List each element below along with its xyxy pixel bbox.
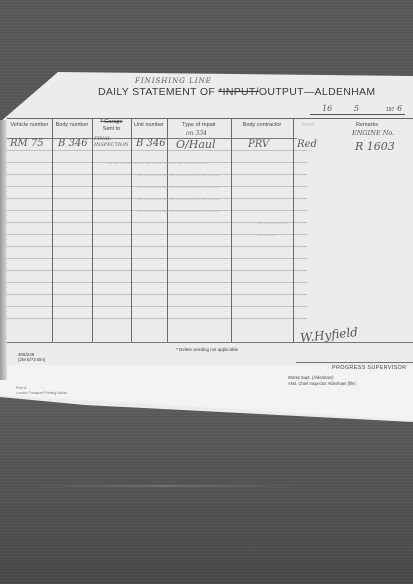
printer-note: Print & London Transport Printing Works — [16, 386, 67, 395]
header-garage-struck: * Garage — [92, 119, 131, 126]
entry-unit-number: B 346 — [136, 138, 166, 149]
entries-table: Vehicle number Body number * Garage Sent… — [7, 118, 413, 343]
title-suffix: OUTPUT—ALDENHAM — [259, 86, 376, 98]
header-type-of-repair: Type of repair — [167, 122, 231, 129]
date-month: 5 — [354, 104, 359, 113]
scan-streak — [30, 485, 300, 487]
header-vehicle-number: Vehicle number — [7, 122, 52, 129]
column-divider — [231, 118, 232, 342]
date-year-prefix: 197 — [386, 107, 394, 113]
distribution-chief-inspector: Asst. Chief Inspector Aldenham (file) — [288, 381, 356, 387]
date-day: 16 — [322, 104, 332, 113]
date-year-suffix: 6 — [397, 104, 402, 113]
header-unit-number: Unit number — [131, 122, 167, 129]
column-divider — [131, 118, 132, 342]
header-body-contractor: Body contractor — [231, 122, 293, 129]
table-bottom-border — [7, 342, 413, 343]
footnote: * Delete wording not applicable — [176, 347, 238, 352]
print-run: (2M 6/73 Bm) — [18, 357, 45, 362]
header-sent-to-label: Sent to — [92, 126, 131, 133]
column-divider — [92, 118, 93, 342]
printer-note-line-2: London Transport Printing Works — [16, 391, 67, 396]
handwritten-annotation: FINISHING LINE — [135, 77, 212, 85]
header-sent-to: * Garage Sent to — [92, 119, 131, 133]
sheet-edge-shadow — [0, 120, 7, 380]
header-body-number: Body number — [52, 122, 92, 129]
entry-body-number: B 346 — [58, 138, 88, 149]
column-divider — [167, 118, 168, 342]
signature-line — [296, 362, 413, 363]
title-prefix: DAILY STATEMENT OF — [98, 86, 218, 98]
title-struck-word: *INPUT/ — [218, 86, 259, 98]
entry-remarks-note: ENGINE No. — [352, 129, 394, 137]
distribution-list: Works Supt. (Aldenham) Asst. Chief Inspe… — [288, 375, 356, 387]
entry-repair-note: on 334 — [186, 130, 207, 137]
header-remarks: Remarks — [327, 122, 407, 129]
entry-remarks: R 1603 — [355, 140, 395, 153]
entry-sent-to: FINAL INSPECTION — [94, 136, 134, 148]
column-divider — [293, 118, 294, 342]
date-line — [310, 114, 405, 115]
header-from: From — [293, 122, 323, 129]
column-divider — [52, 118, 53, 342]
entry-vehicle-number: RM 75 — [10, 138, 44, 149]
entry-body-contractor: PRV — [248, 139, 269, 150]
entry-from: Red — [297, 139, 317, 150]
entry-type-of-repair: O/Haul — [176, 138, 215, 151]
signatory-title: PROGRESS SUPERVISOR — [332, 365, 406, 371]
table-top-border — [7, 118, 413, 119]
form-code: 308/249 (2M 6/73 Bm) — [18, 352, 45, 362]
document-title: DAILY STATEMENT OF *INPUT/OUTPUT—ALDENHA… — [98, 86, 375, 98]
